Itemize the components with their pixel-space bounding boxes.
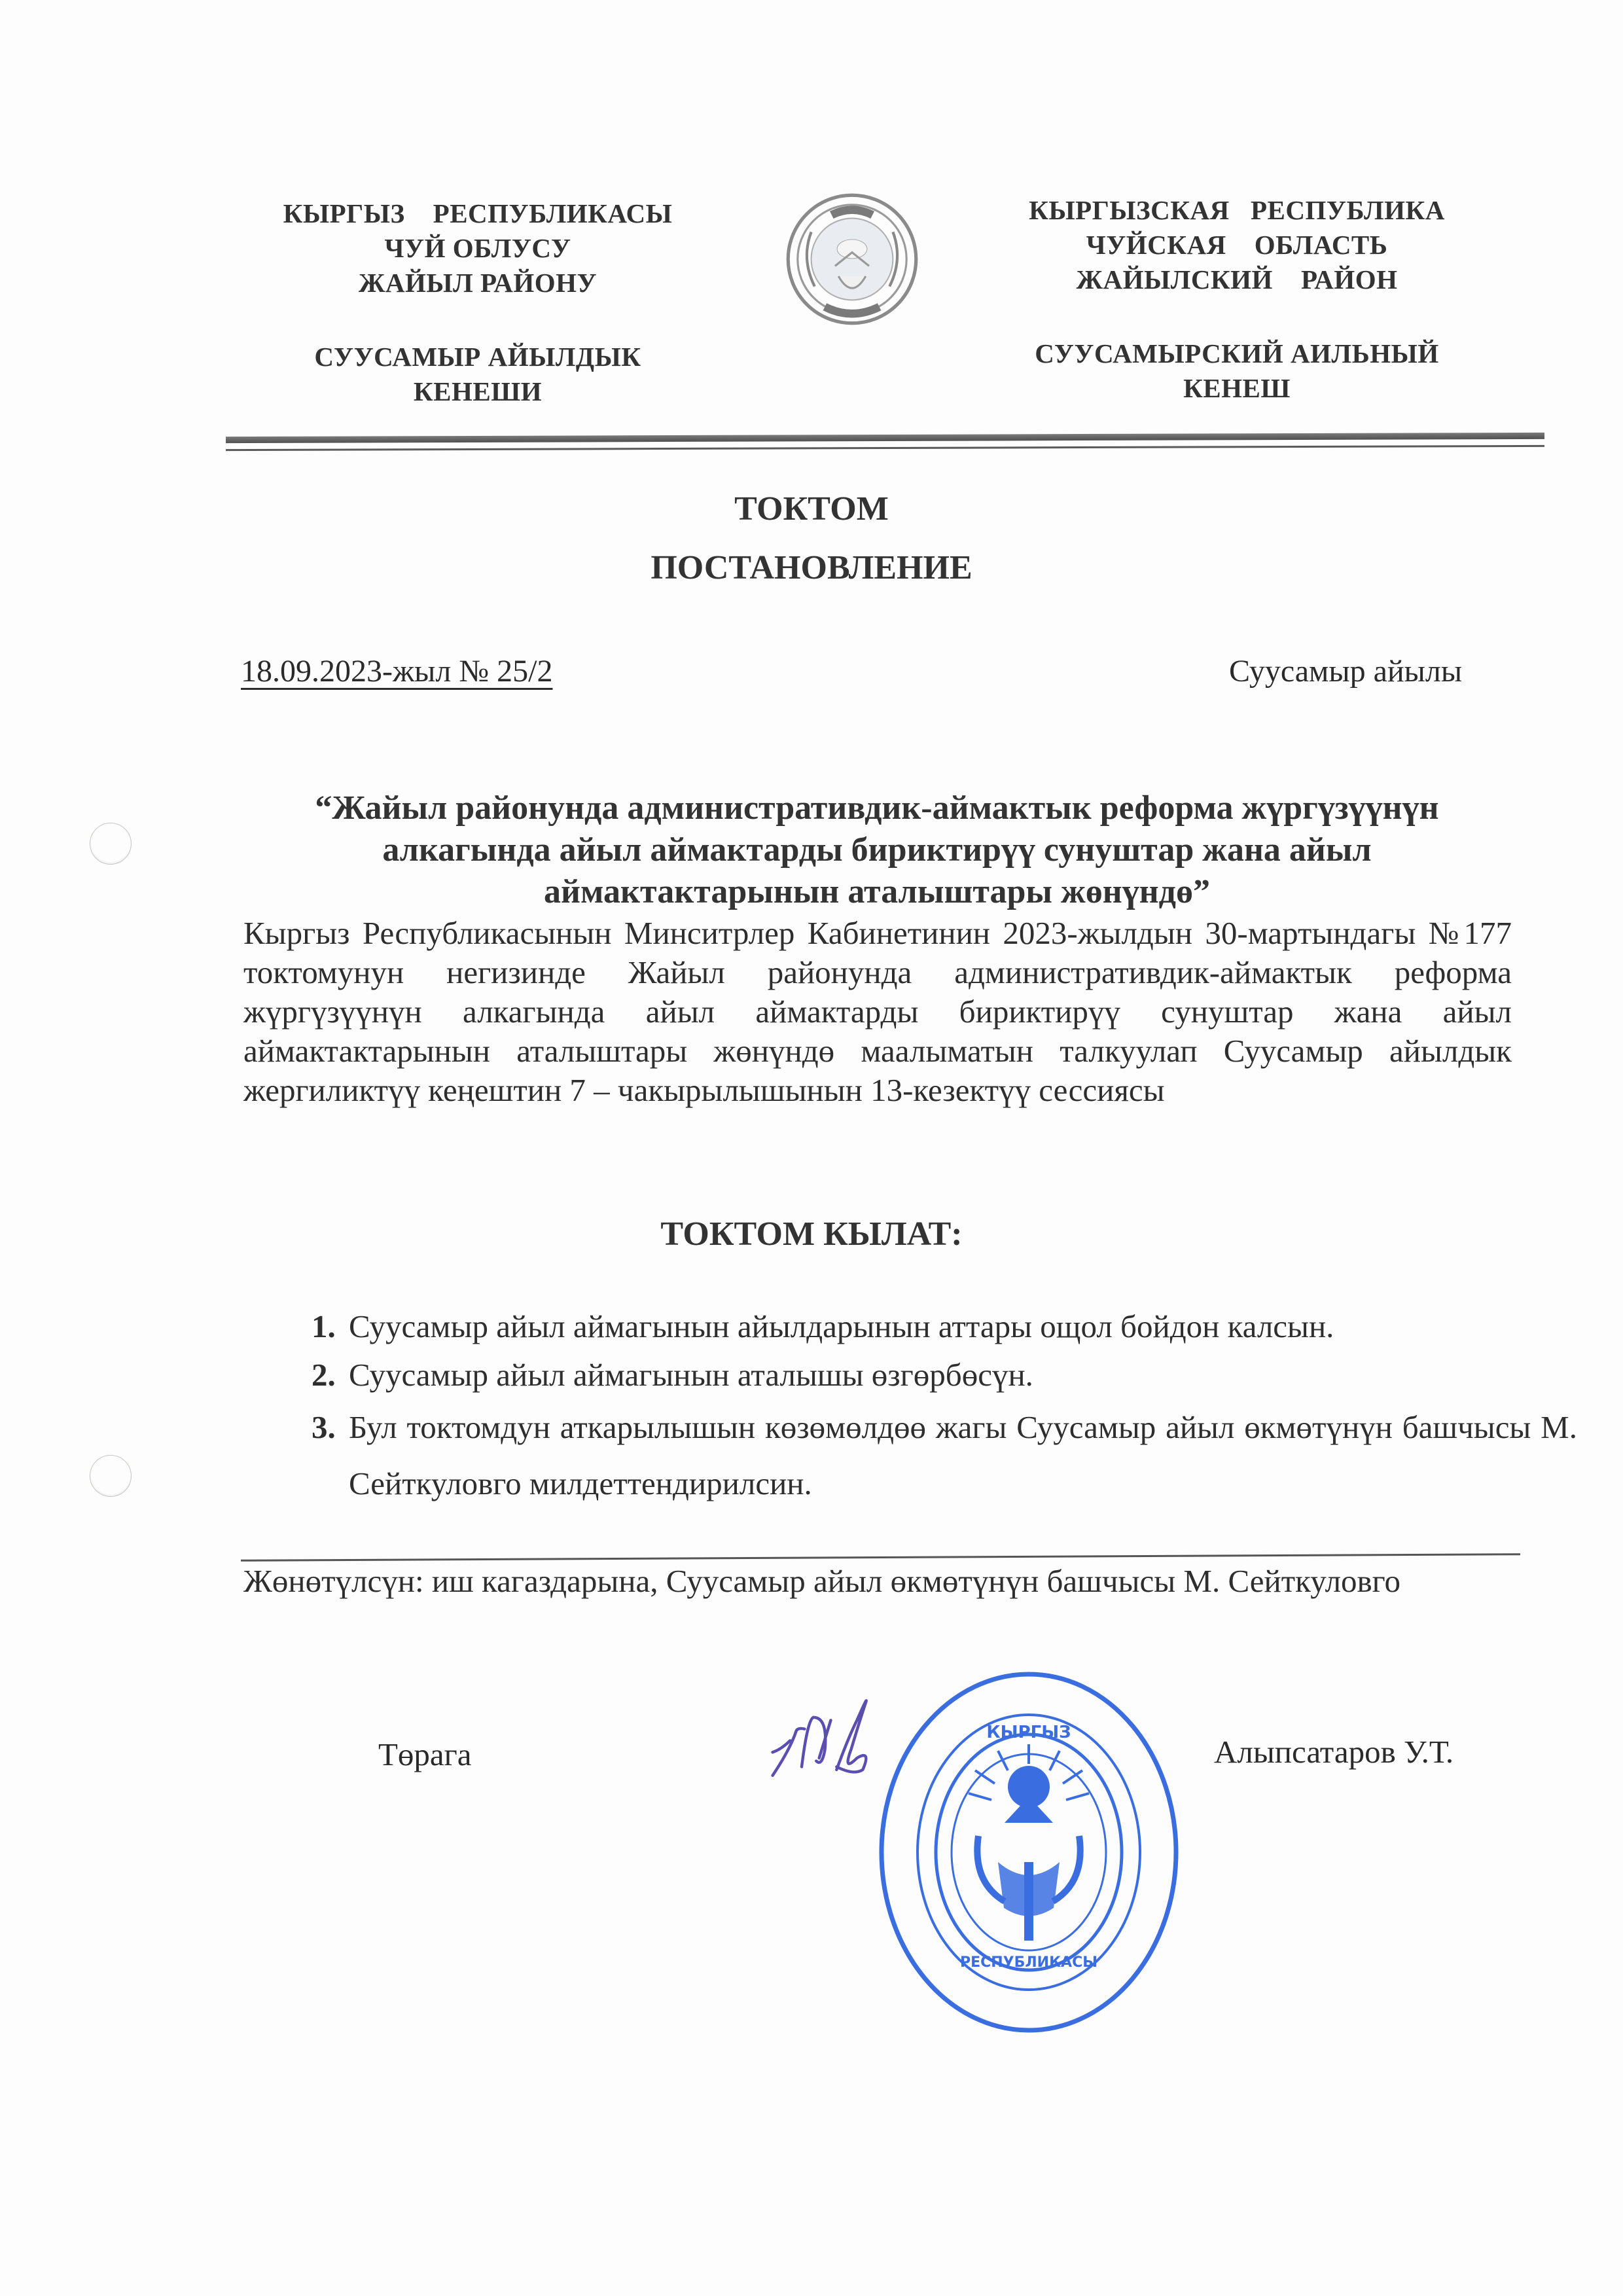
header-line: ЖАЙЫЛ РАЙОНУ: [242, 266, 713, 300]
doc-title-russian: ПОСТАНОВЛЕНИЕ: [0, 548, 1623, 587]
resolution-item: Суусамыр айыл аймагынын айылдарынын атта…: [344, 1302, 1577, 1351]
state-emblem-icon: [784, 191, 920, 327]
place: Суусамыр айылы: [1229, 653, 1462, 689]
header-line: ЧУЙСКАЯ ОБЛАСТЬ: [982, 228, 1492, 262]
date-and-number: 18.09.2023-жыл № 25/2: [241, 653, 552, 689]
header-line: ЧУЙ ОБЛУСУ: [242, 231, 713, 266]
header-line: КЫРГЫЗ РЕСПУБЛИКАСЫ: [242, 196, 713, 231]
council-name: КЕНЕШ: [982, 371, 1492, 406]
council-name: СУУСАМЫРСКИЙ АИЛЬНЫЙ: [982, 336, 1492, 371]
resolution-items: Суусамыр айыл аймагынын айылдарынын атта…: [288, 1302, 1577, 1512]
distribution-note: Жөнөтүлсүн: иш кагаздарына, Суусамыр айы…: [243, 1560, 1523, 1602]
punch-hole-top: [90, 823, 132, 865]
header-divider-thick: [226, 433, 1544, 443]
stamp-center-top: КЫРГЫЗ: [986, 1723, 1071, 1742]
header-divider-thin: [226, 445, 1544, 451]
stamp-center-bottom: РЕСПУБЛИКАСЫ: [960, 1954, 1097, 1971]
resolves-heading: ТОКТОМ КЫЛАТ:: [0, 1215, 1623, 1253]
header-kyrgyz: КЫРГЫЗ РЕСПУБЛИКАСЫ ЧУЙ ОБЛУСУ ЖАЙЫЛ РАЙ…: [242, 196, 713, 409]
resolution-item: Суусамыр айыл аймагынын аталышы өзгөрбөс…: [344, 1351, 1577, 1399]
doc-title-kyrgyz: ТОКТОМ: [0, 490, 1623, 528]
signatory-role: Төрага: [378, 1736, 472, 1773]
header-line: ЖАЙЫЛСКИЙ РАЙОН: [982, 262, 1492, 297]
header-russian: КЫРГЫЗСКАЯ РЕСПУБЛИКА ЧУЙСКАЯ ОБЛАСТЬ ЖА…: [982, 193, 1492, 406]
subject-heading: “Жайыл районунда административдик-аймакт…: [236, 787, 1518, 913]
council-name: КЕНЕШИ: [242, 374, 713, 409]
council-name: СУУСАМЫР АЙЫЛДЫК: [242, 340, 713, 374]
signatory-name: Алыпсатаров У.Т.: [1214, 1733, 1454, 1770]
official-seal-icon: КЫРГЫЗ РЕСПУБЛИКАСЫ: [874, 1666, 1185, 2039]
preamble-paragraph: Кыргыз Республикасынын Минситрлер Кабине…: [243, 914, 1512, 1110]
resolution-item: Бул токтомдун аткарылышын көзөмөлдөө жаг…: [344, 1399, 1577, 1512]
punch-hole-bottom: [90, 1455, 132, 1497]
header-line: КЫРГЫЗСКАЯ РЕСПУБЛИКА: [982, 193, 1492, 228]
